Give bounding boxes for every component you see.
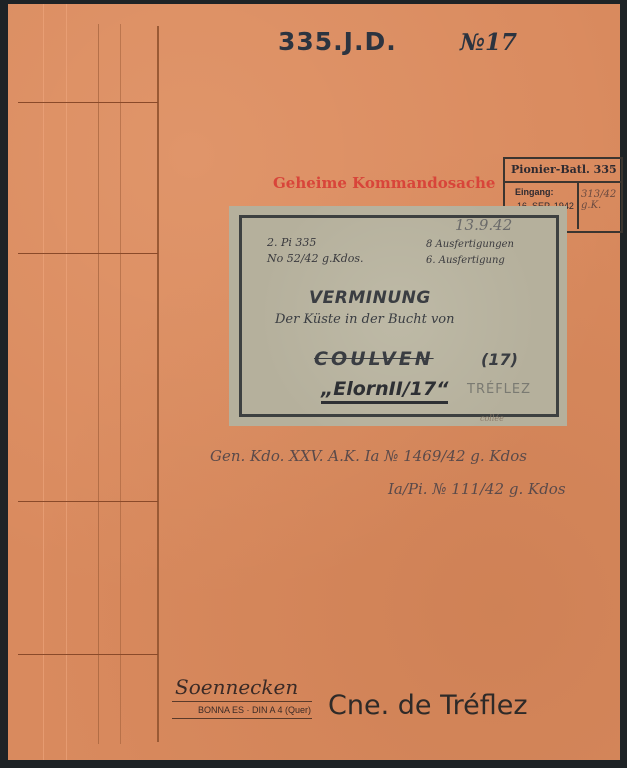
label-date: 13.9.42 [455,216,512,234]
label-codename: „ElornII/17“ [321,378,448,404]
spine-crease [43,4,44,760]
label-title: VERMINUNG [309,288,431,308]
spine-rule [157,26,159,742]
stamp-received-label: Eingang: [515,187,554,197]
label-ref-line1: 2. Pi 335 [267,236,316,249]
spine-divider [18,102,158,103]
label-place-struck: COULVEN [314,348,434,370]
label-pencil-note: TRÉFLEZ [467,382,531,397]
brand-subtitle: BONNA ES · DIN A 4 (Quer) [198,705,311,715]
unit-code: 335.J.D. [278,27,397,56]
spine-rule-thin [120,24,121,744]
brand-rule [172,718,312,719]
spine-divider [18,253,158,254]
handwritten-ref-line1: Gen. Kdo. XXV. A.K. Ia № 1469/42 g. Kdos [210,447,527,465]
brand-rule [172,701,312,702]
brand-logo: Soennecken [175,675,298,699]
spine-divider [18,501,158,502]
spine-crease [66,4,67,760]
label-ref-line2: No 52/42 g.Kdos. [267,252,364,265]
label-copy-number: 6. Ausfertigung [426,255,505,266]
label-copies-total: 8 Ausfertigungen [426,239,514,250]
title-label: 13.9.42 2. Pi 335 No 52/42 g.Kdos. 8 Aus… [229,206,567,426]
label-below-note: collée [480,414,504,423]
stamp-unit: Pionier-Batl. 335 [511,163,617,176]
file-number: №17 [460,29,517,56]
place-name: Cne. de Tréflez [328,690,528,721]
label-place-number: (17) [481,350,518,369]
handwritten-ref-line2: Ia/Pi. № 111/42 g. Kdos [388,480,566,498]
stamp-handwritten-ref: 313/42 g.K. [581,189,621,211]
classification-stamp: Geheime Kommandosache [273,174,495,192]
label-subtitle: Der Küste in der Bucht von [275,312,455,327]
spine-rule-thin [98,24,99,744]
spine-divider [18,654,158,655]
